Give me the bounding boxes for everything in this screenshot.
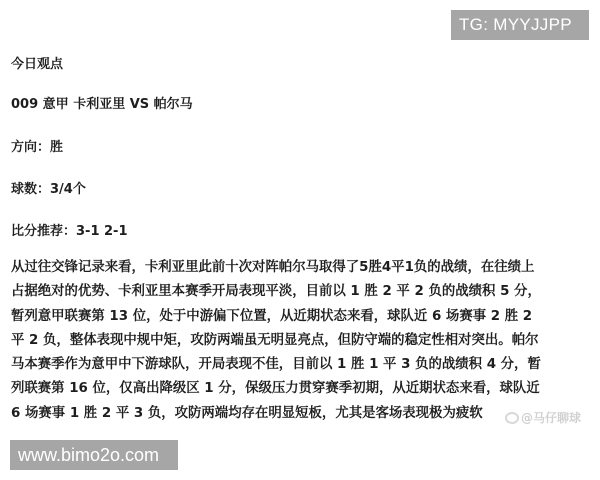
site-watermark-badge: www.bimo2o.com: [10, 440, 178, 470]
paragraph-line: 马本赛季作为意甲中下游球队，开局表现不佳，目前以 1 胜 1 平 3 负的战绩积…: [11, 353, 593, 377]
paragraph-line: 占据绝对的优势、卡利亚里本赛季开局表现平淡，目前以 1 胜 2 平 2 负的战绩…: [11, 280, 593, 304]
direction-pick: 方向：胜: [11, 136, 63, 155]
weibo-watermark: @马仔聊球: [505, 409, 581, 426]
paragraph-line: 从过往交锋记录来看，卡利亚里此前十次对阵帕尔马取得了5胜4平1负的战绩，在往绩上: [11, 256, 593, 280]
section-heading: 今日观点: [11, 53, 63, 72]
weibo-logo-icon: [505, 412, 519, 424]
paragraph-line: 暂列意甲联赛第 13 位，处于中游偏下位置，从近期状态来看，球队近 6 场赛事 …: [11, 305, 593, 329]
score-pick: 比分推荐：3-1 2-1: [11, 220, 128, 239]
goals-pick: 球数：3/4个: [11, 178, 86, 197]
tg-watermark-badge: TG: MYYJJPP: [451, 10, 589, 40]
analysis-paragraph: 从过往交锋记录来看，卡利亚里此前十次对阵帕尔马取得了5胜4平1负的战绩，在往绩上…: [11, 256, 593, 426]
paragraph-line: 列联赛第 16 位，仅高出降级区 1 分，保级压力贯穿赛季初期，从近期状态来看，…: [11, 377, 593, 401]
match-title: 009 意甲 卡利亚里 VS 帕尔马: [11, 93, 193, 112]
weibo-handle: @马仔聊球: [521, 409, 581, 426]
paragraph-line: 平 2 负，整体表现中规中矩，攻防两端虽无明显亮点，但防守端的稳定性相对突出。帕…: [11, 329, 593, 353]
